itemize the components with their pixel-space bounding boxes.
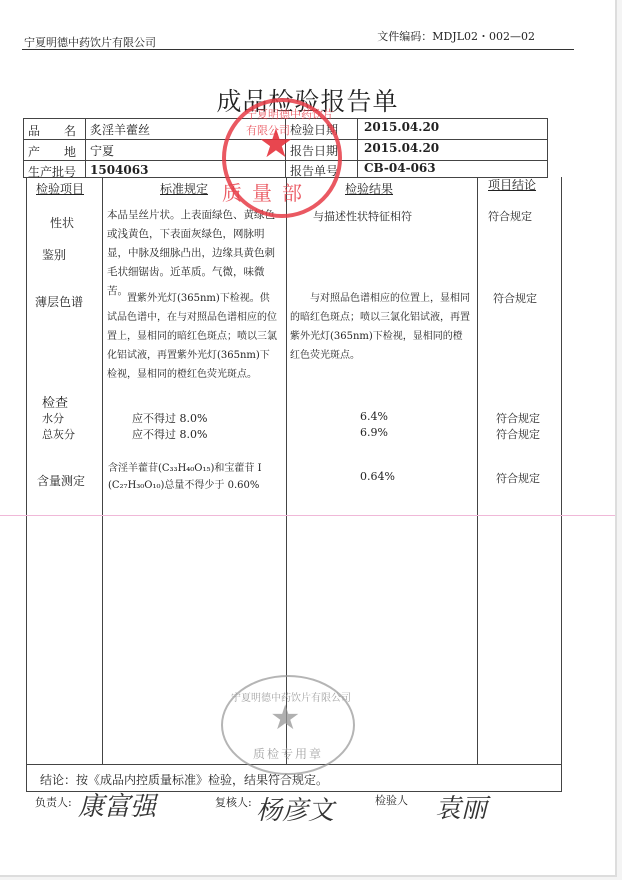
item-ash: 总灰分 xyxy=(42,426,75,442)
col-header-conclusion: 项目结论 xyxy=(488,176,536,193)
quality-inspection-stamp: 宁夏明德中药饮片有限公司 ★ 质检专用章 xyxy=(221,675,355,775)
document-code: 文件编码：MDJL02・002—02 xyxy=(377,28,535,44)
standard-tlc: 置紫外光灯(365nm)下检视。供试品色谱中，在与对照品色谱相应的位置上，显相同… xyxy=(107,289,279,384)
col-header-item: 检验项目 xyxy=(36,180,84,197)
col-header-standard: 标准规定 xyxy=(160,180,208,197)
conclusion-water: 符合规定 xyxy=(496,410,540,426)
grid-line xyxy=(561,177,562,792)
responsible-signature: 康富强 xyxy=(78,786,156,823)
item-water: 水分 xyxy=(42,410,64,426)
quality-department-stamp: 宁夏明德中药饮片有限公司 ★ 质量部 xyxy=(222,98,342,218)
report-no-value: CB-04-063 xyxy=(364,161,436,175)
inspect-date-value: 2015.04.20 xyxy=(364,120,439,134)
star-icon: ★ xyxy=(270,701,300,735)
standard-assay-line1: 含淫羊藿苷(C₃₃H₄₀O₁₅)和宝藿苷 I xyxy=(108,459,262,474)
company-name: 宁夏明德中药饮片有限公司 xyxy=(24,34,156,50)
product-name-value: 炙淫羊藿丝 xyxy=(90,121,150,138)
item-appearance: 性状 xyxy=(50,214,74,231)
inspector-signature: 袁丽 xyxy=(435,788,487,825)
scan-artifact-line xyxy=(0,515,615,516)
stamp-bottom-text: 质检专用章 xyxy=(253,745,323,762)
conclusion-tlc: 符合规定 xyxy=(493,290,537,306)
result-appearance: 与描述性状特征相符 xyxy=(313,208,412,224)
reviewer-label: 复核人: xyxy=(215,794,252,810)
col-header-result: 检验结果 xyxy=(345,180,393,197)
header-divider xyxy=(22,49,574,50)
grid-line xyxy=(26,177,27,792)
item-assay: 含量测定 xyxy=(37,472,85,489)
result-tlc: 与对照品色谱相应的位置上，显相同的暗红色斑点；喷以三氯化铝试液，再置紫外光灯(3… xyxy=(290,289,472,365)
standard-appearance: 本品呈丝片状。上表面绿色、黄绿色或浅黄色，下表面灰绿色，网脉明显，中脉及细脉凸出… xyxy=(107,206,279,301)
star-icon: ★ xyxy=(258,124,294,164)
item-tlc: 薄层色谱 xyxy=(35,293,83,310)
conclusion-assay: 符合规定 xyxy=(496,470,540,486)
grid-line xyxy=(477,177,478,764)
batch-label: 生产批号 xyxy=(28,163,76,180)
origin-label: 产 地 xyxy=(28,143,76,160)
conclusion-appearance: 符合规定 xyxy=(488,208,532,224)
stamp-bottom-text: 质量部 xyxy=(222,177,312,206)
doc-code-label: 文件编码： xyxy=(377,30,432,43)
standard-assay-line2: (C₂₇H₃₀O₁₀)总量不得少于 0.60% xyxy=(108,476,259,491)
conclusion-ash: 符合规定 xyxy=(496,426,540,442)
grid-line xyxy=(547,118,548,178)
responsible-label: 负责人: xyxy=(35,794,72,810)
batch-value: 1504063 xyxy=(90,163,148,177)
reviewer-signature: 杨彦文 xyxy=(256,790,334,827)
item-identification: 鉴别 xyxy=(42,246,66,263)
report-date-value: 2015.04.20 xyxy=(364,141,439,155)
origin-value: 宁夏 xyxy=(90,142,114,159)
grid-line xyxy=(357,118,358,178)
standard-water: 应不得过 8.0% xyxy=(132,410,207,426)
result-assay: 0.64% xyxy=(360,470,395,483)
grid-line xyxy=(85,118,86,178)
grid-line xyxy=(102,177,103,764)
standard-ash: 应不得过 8.0% xyxy=(132,426,207,442)
result-water: 6.4% xyxy=(360,410,388,423)
report-page: 宁夏明德中药饮片有限公司 文件编码：MDJL02・002—02 成品检验报告单 … xyxy=(0,0,617,877)
product-name-label: 品 名 xyxy=(28,122,76,139)
doc-code-value: MDJL02・002—02 xyxy=(432,30,535,43)
grid-line xyxy=(23,118,24,178)
result-ash: 6.9% xyxy=(360,426,388,439)
inspector-label: 检验人 xyxy=(375,792,408,808)
item-check: 检查 xyxy=(42,392,68,411)
